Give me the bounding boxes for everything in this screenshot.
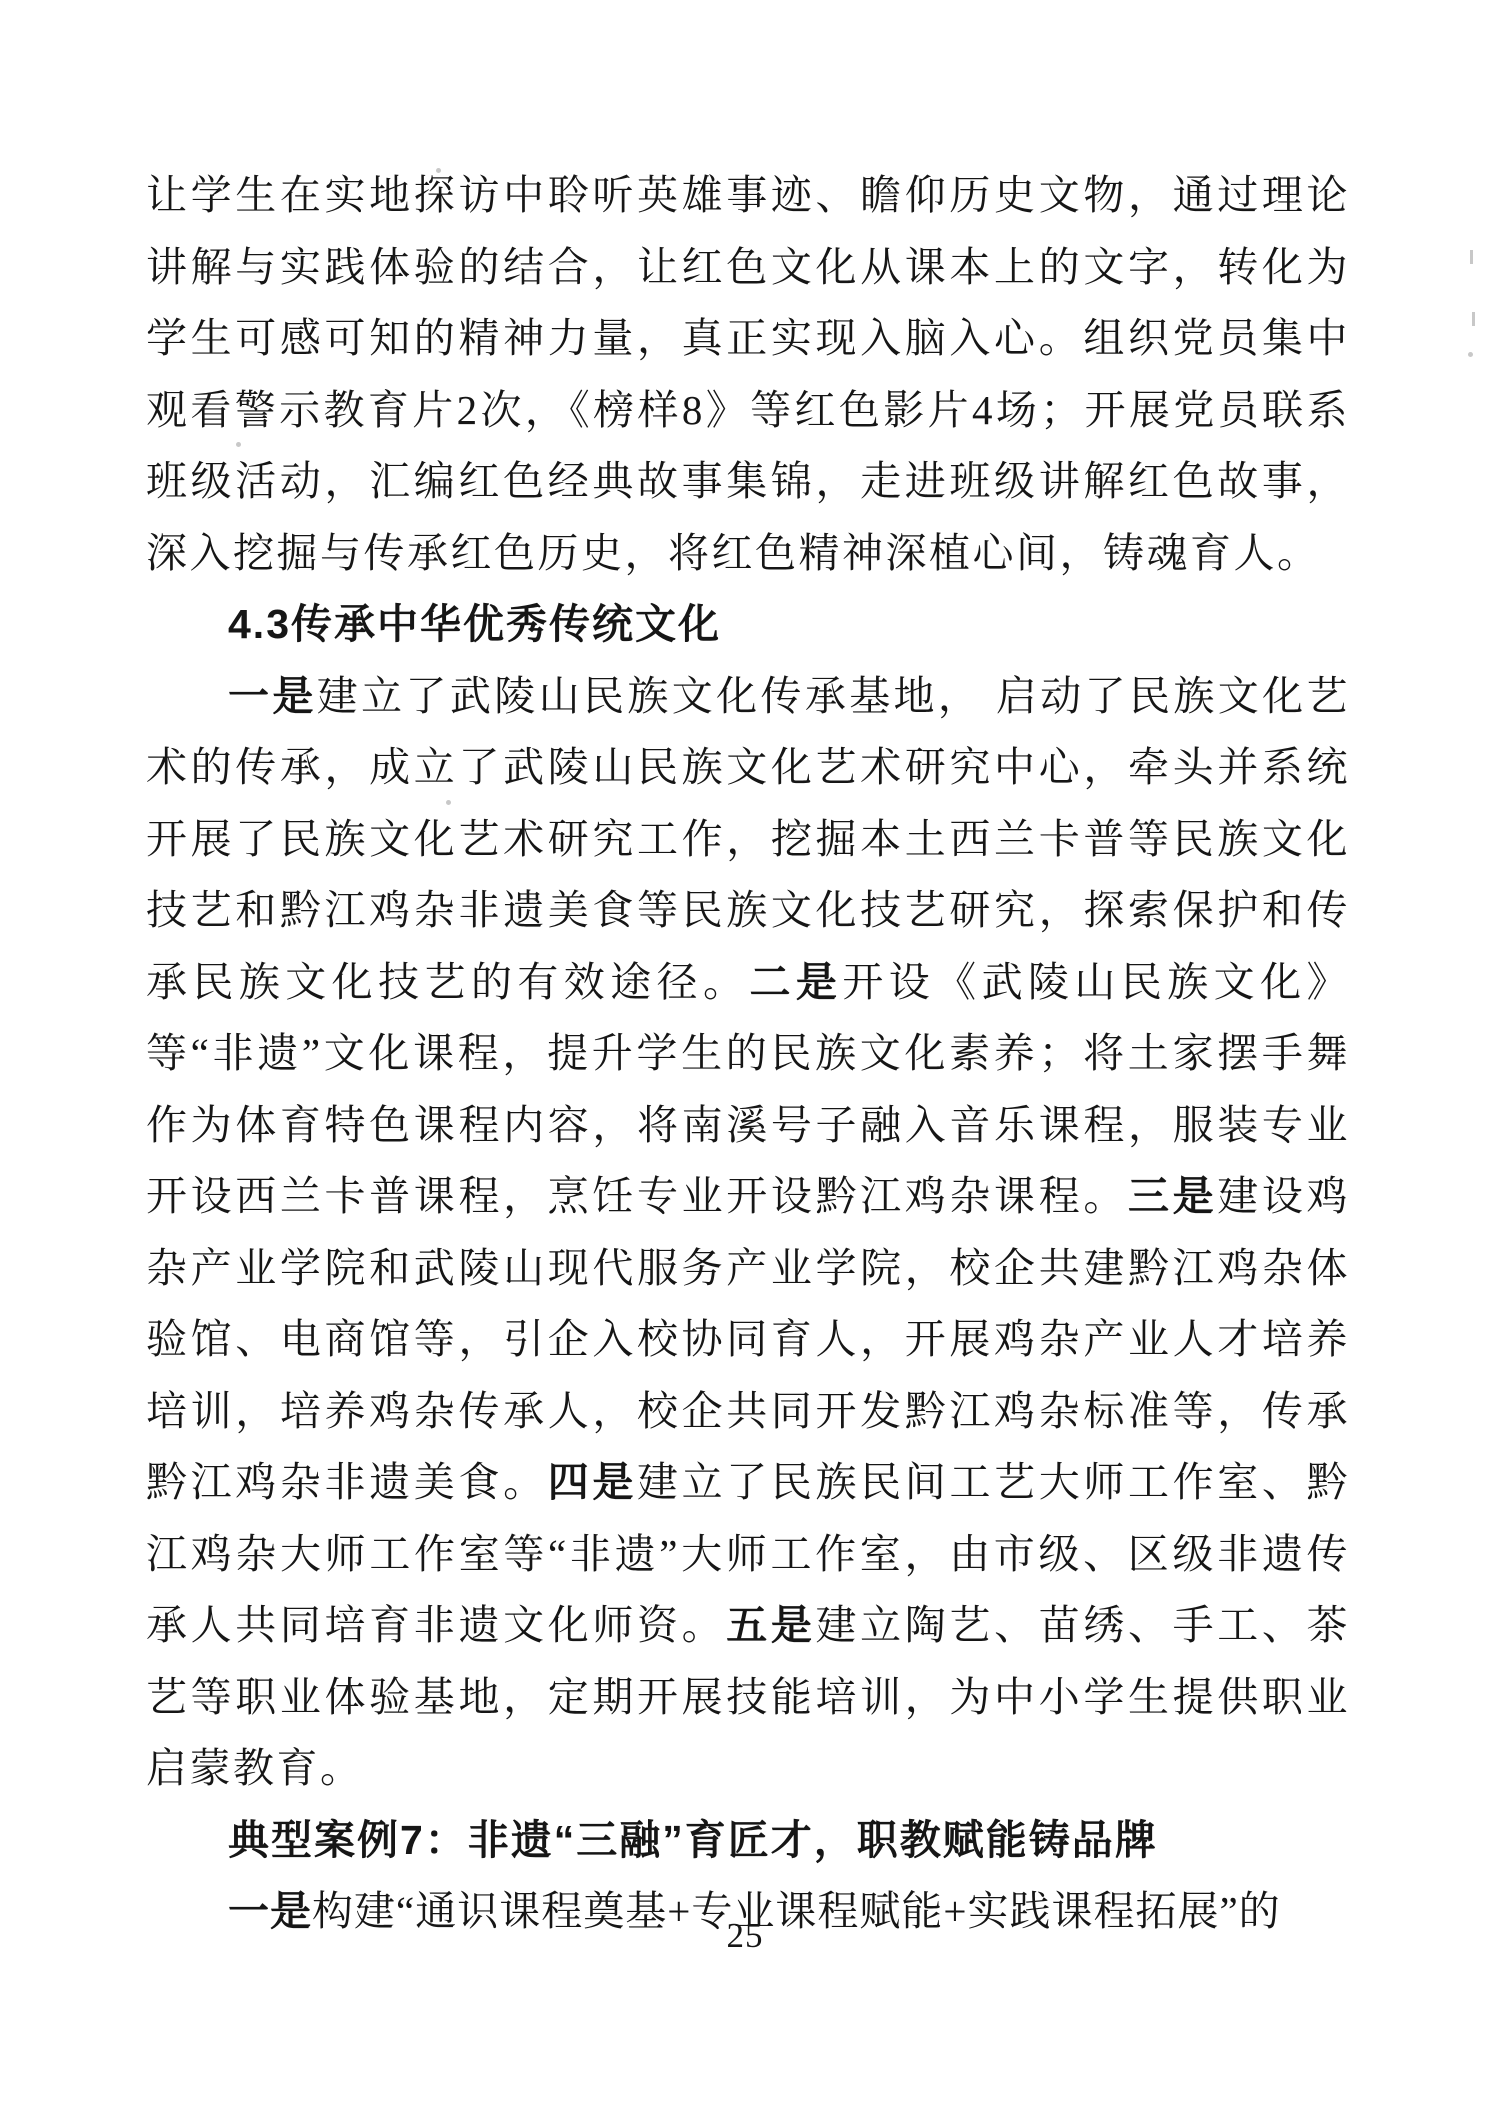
- document-page: 让学生在实地探访中聆听英雄事迹、瞻仰历史文物，通过理论讲解与实践体验的结合，让红…: [0, 0, 1490, 2104]
- paragraph: 让学生在实地探访中聆听英雄事迹、瞻仰历史文物，通过理论讲解与实践体验的结合，让红…: [146, 160, 1350, 589]
- scan-artifact: [446, 800, 451, 805]
- text-block: 让学生在实地探访中聆听英雄事迹、瞻仰历史文物，通过理论讲解与实践体验的结合，让红…: [146, 160, 1350, 1948]
- text-run: 二是: [749, 959, 842, 1005]
- text-run: 典型案例7：非遗“三融”育匠才，职教赋能铸品牌: [228, 1817, 1158, 1863]
- text-run: 四是: [548, 1459, 637, 1505]
- scan-artifact: [1468, 352, 1473, 357]
- scan-artifact: [436, 168, 441, 173]
- text-run: 建设鸡杂产业学院和武陵山现代服务产业学院，校企共建黔江鸡杂体验馆、电商馆等，引企…: [146, 1173, 1350, 1505]
- text-run: 五是: [726, 1602, 815, 1648]
- scan-artifact: [1470, 250, 1473, 264]
- paragraph: 一是建立了武陵山民族文化传承基地， 启动了民族文化艺术的传承，成立了武陵山民族文…: [146, 661, 1350, 1805]
- page-number: 25: [0, 1916, 1490, 1956]
- text-run: 让学生在实地探访中聆听英雄事迹、瞻仰历史文物，通过理论讲解与实践体验的结合，让红…: [146, 172, 1350, 576]
- case-heading: 典型案例7：非遗“三融”育匠才，职教赋能铸品牌: [146, 1805, 1350, 1877]
- scan-artifact: [1472, 312, 1475, 326]
- text-run: 建立了武陵山民族文化传承基地， 启动了民族文化艺术的传承，成立了武陵山民族文化艺…: [146, 673, 1350, 1005]
- text-run: 一是: [228, 673, 317, 719]
- text-run: 4.3传承中华优秀传统文化: [228, 601, 721, 647]
- text-run: 三是: [1128, 1173, 1217, 1219]
- scan-artifact: [236, 442, 241, 447]
- heading: 4.3传承中华优秀传统文化: [146, 589, 1350, 661]
